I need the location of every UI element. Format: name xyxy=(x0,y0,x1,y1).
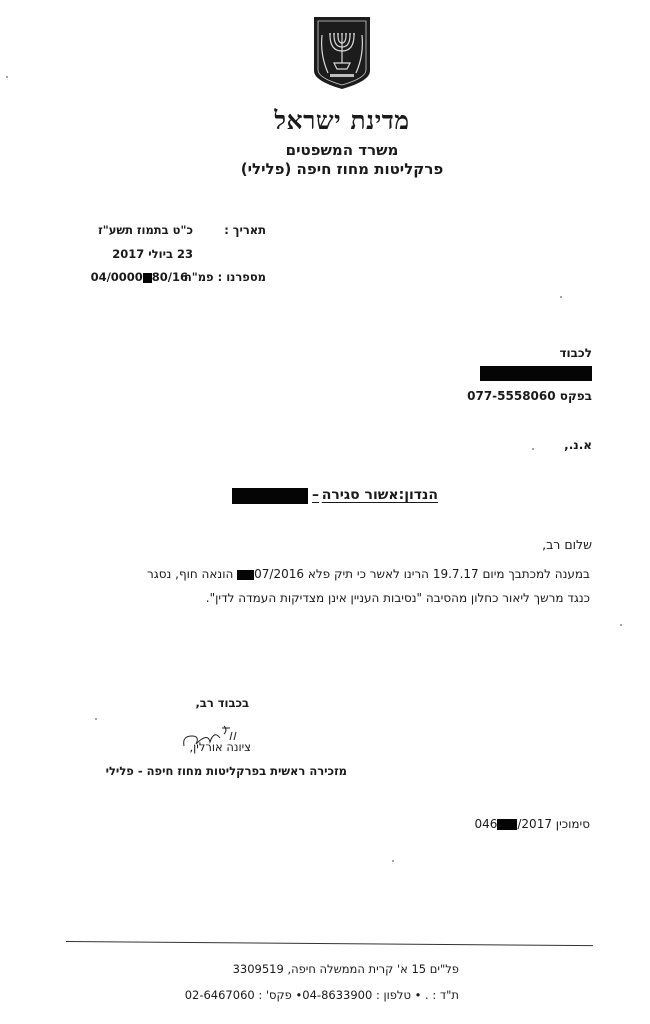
case-number: 07/2016 xyxy=(237,567,304,581)
file-reference: סימוכין 046/2017 xyxy=(474,817,590,831)
scan-speck xyxy=(6,76,8,78)
recipient-initials: א.נ., xyxy=(564,438,592,452)
scan-speck xyxy=(620,624,622,626)
footer-contact: ת"ד : . • טלפון : 04-8633900• פקס' : 02-… xyxy=(185,988,459,1002)
case-number-text: 07/2016 xyxy=(254,567,304,581)
fax-label: בפקס xyxy=(560,389,592,403)
file-reference-label: סימוכין xyxy=(556,817,590,831)
scan-speck xyxy=(95,718,97,720)
subject-line: הנדון:אשור סגירה xyxy=(322,487,438,503)
office-name: פרקליטות מחוז חיפה (פלילי) xyxy=(241,160,443,178)
fax-number: 077-5558060 xyxy=(467,389,555,403)
reference-number: 04/000080/16 xyxy=(91,270,188,284)
file-reference-prefix: 046 xyxy=(474,817,497,831)
body-paragraph-line-1: במענה למכתבך מיום 19.7.17 הרינו לאשר כי … xyxy=(147,567,590,581)
page-title-state-of-israel: מדינת ישראל xyxy=(274,106,409,136)
reference-label: מספרנו : פמ"ח xyxy=(184,270,266,284)
date-gregorian: 23 ביולי 2017 xyxy=(112,247,193,261)
date-hebrew: כ"ט בתמוז תשע"ז xyxy=(98,223,193,237)
body-text: במענה למכתבך מיום 19.7.17 הרינו לאשר כי … xyxy=(304,567,590,581)
closing: בכבוד רב, xyxy=(195,696,249,710)
file-reference-suffix: /2017 xyxy=(517,817,552,831)
scan-speck xyxy=(392,860,394,862)
state-emblem-icon xyxy=(312,15,372,91)
reference-number-suffix: 80/16 xyxy=(152,270,188,284)
subject-dash: – xyxy=(312,487,319,503)
signer-name: ציונה אורלין, xyxy=(189,740,251,754)
redaction-block xyxy=(143,273,152,283)
greeting: שלום רב, xyxy=(542,537,592,552)
scan-speck xyxy=(560,296,562,298)
body-paragraph-line-2: כנגד מרשך ליאור כחלון מהסיבה "נסיבות הענ… xyxy=(206,591,590,605)
recipient-fax: בפקס 077-5558060 xyxy=(467,389,592,403)
reference-number-prefix: 04/0000 xyxy=(91,270,143,284)
ministry-name: משרד המשפטים xyxy=(286,141,399,159)
signer-title: מזכירה ראשית בפרקליטות מחוז חיפה - פלילי xyxy=(106,764,347,778)
file-reference-number: 046/2017 xyxy=(474,817,552,831)
redaction-block xyxy=(497,819,517,830)
date-label: תאריך : xyxy=(224,223,266,237)
footer-address: פל"ים 15 א' קרית הממשלה חיפה, 3309519 xyxy=(233,962,459,976)
body-text: הונאה חוף, נסגר xyxy=(147,567,237,581)
footer-divider xyxy=(66,941,593,946)
scan-speck xyxy=(532,448,534,450)
subject-name-redaction xyxy=(232,488,308,504)
redaction-block xyxy=(237,570,254,580)
recipient-salutation: לכבוד xyxy=(559,346,592,360)
recipient-name-redaction xyxy=(480,366,592,381)
